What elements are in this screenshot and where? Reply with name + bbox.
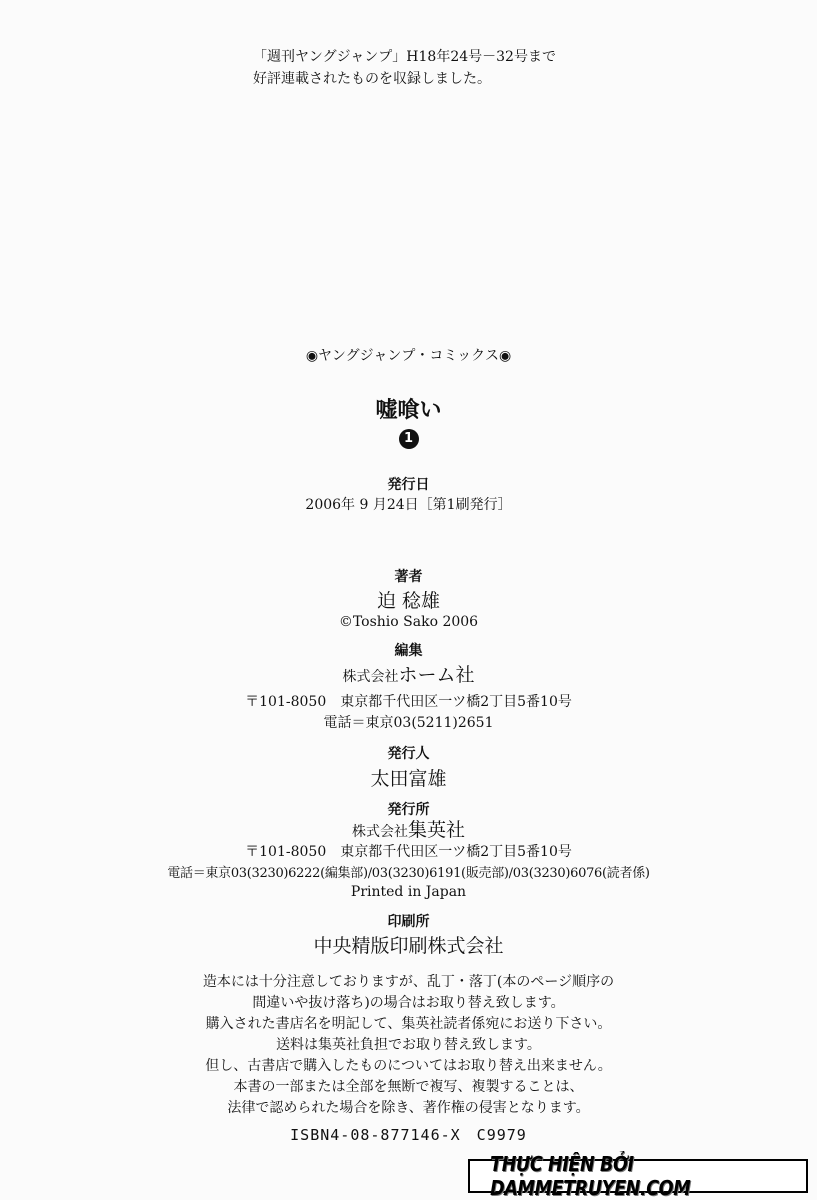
- issuer-heading: 発行人: [0, 743, 817, 763]
- serialization-note-line-2: 好評連載されたものを収録しました。: [253, 68, 491, 88]
- notice-line-2: 間違いや抜け落ち)の場合はお取り替え致します。: [0, 992, 817, 1012]
- publication-date-value: 2006年 9 月24日［第1刷発行］: [0, 494, 817, 514]
- editor-company-name: ホーム社: [398, 664, 474, 686]
- publisher-company-name: 集英社: [408, 819, 465, 841]
- notice-line-5: 但し、古書店で購入したものについてはお取り替え出来ません。: [0, 1055, 817, 1075]
- series-label: ◉ヤングジャンプ・コミックス◉: [0, 345, 817, 365]
- notice-line-6: 本書の一部または全部を無断で複写、複製することは、: [0, 1076, 817, 1096]
- volume-number: 1: [399, 429, 419, 449]
- author-copyright: ©Toshio Sako 2006: [0, 614, 817, 630]
- editor-company: 株式会社ホーム社: [0, 660, 817, 687]
- scanlation-watermark: THỰC HIỆN BỞI DAMMETRUYEN.COM: [468, 1159, 808, 1193]
- issuer-name: 太田富雄: [0, 764, 817, 791]
- volume-badge: 1: [0, 427, 817, 449]
- editor-company-prefix: 株式会社: [342, 669, 398, 685]
- editor-address: 〒101-8050 東京都千代田区一ツ橋2丁目5番10号: [0, 691, 817, 711]
- printed-in: Printed in Japan: [0, 884, 817, 900]
- serialization-note-line-1: 「週刊ヤングジャンプ」H18年24号－32号まで: [253, 46, 556, 66]
- printer-name: 中央精版印刷株式会社: [0, 931, 817, 958]
- book-title: 嘘喰い: [0, 393, 817, 424]
- publisher-company: 株式会社集英社: [0, 815, 817, 842]
- author-heading: 著者: [0, 566, 817, 586]
- notice-line-7: 法律で認められた場合を除き、著作権の侵害となります。: [0, 1097, 817, 1117]
- watermark-text: THỰC HIỆN BỞI DAMMETRUYEN.COM: [490, 1152, 786, 1200]
- isbn: ISBN4-08-877146-X C9979: [0, 1124, 817, 1145]
- author-name: 迫 稔雄: [0, 586, 817, 613]
- notice-line-3: 購入された書店名を明記して、集英社読者係宛にお送り下さい。: [0, 1013, 817, 1033]
- publisher-company-prefix: 株式会社: [352, 824, 408, 840]
- editor-phone: 電話＝東京03(5211)2651: [0, 712, 817, 732]
- publisher-phone: 電話＝東京03(3230)6222(編集部)/03(3230)6191(販売部)…: [0, 862, 817, 881]
- editor-heading: 編集: [0, 640, 817, 660]
- publication-date-heading: 発行日: [0, 474, 817, 494]
- publisher-address: 〒101-8050 東京都千代田区一ツ橋2丁目5番10号: [0, 841, 817, 861]
- printer-heading: 印刷所: [0, 911, 817, 931]
- notice-line-1: 造本には十分注意しておりますが、乱丁・落丁(本のページ順序の: [0, 971, 817, 991]
- notice-line-4: 送料は集英社負担でお取り替え致します。: [0, 1034, 817, 1054]
